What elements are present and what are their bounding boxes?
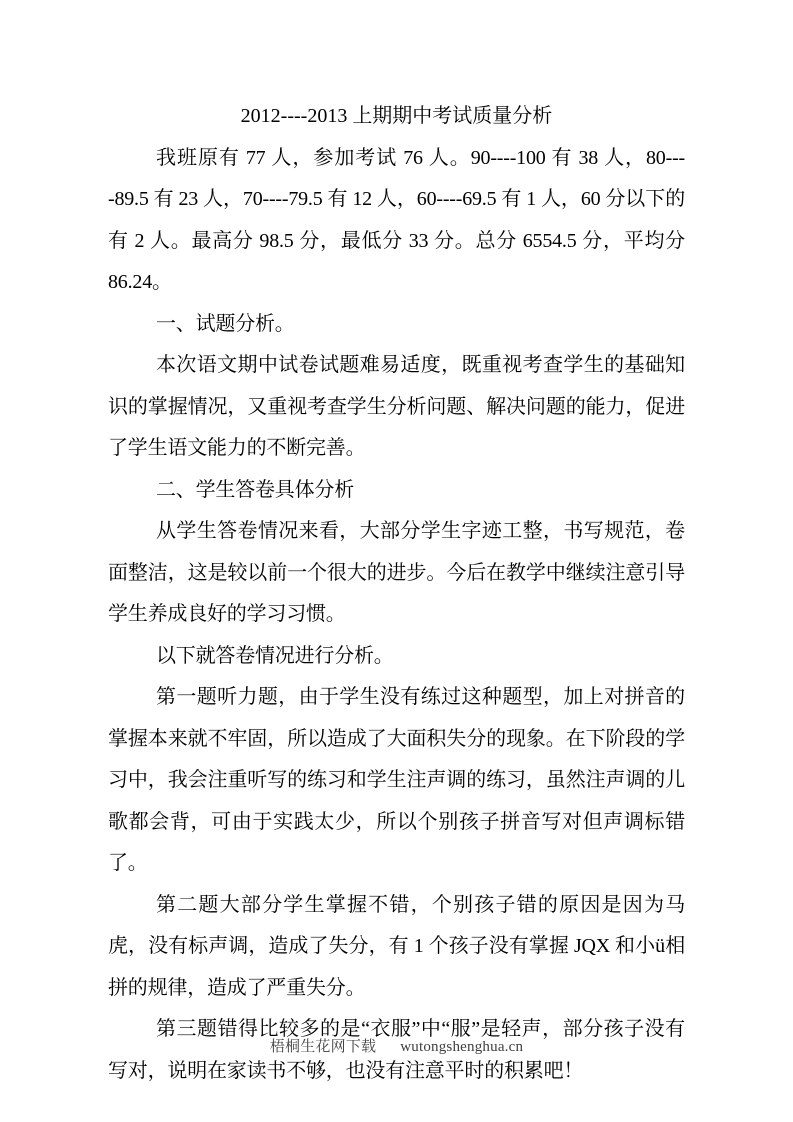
footer-site-url: wutongshenghua.cn (400, 1038, 523, 1056)
document-title: 2012----2013 上期期中考试质量分析 (108, 96, 685, 138)
document-content: 2012----2013 上期期中考试质量分析 我班原有 77 人，参加考试 7… (108, 96, 685, 1092)
paragraph-analysis-intro: 以下就答卷情况进行分析。 (108, 636, 685, 678)
paragraph-section-2-body: 从学生答卷情况来看，大部分学生字迹工整，书写规范，卷面整洁，这是较以前一个很大的… (108, 511, 685, 636)
page-footer: 梧桐生花网下载wutongshenghua.cn (0, 1038, 793, 1056)
paragraph-question-1: 第一题听力题，由于学生没有练过这种题型，加上对拼音的掌握本来就不牢固，所以造成了… (108, 677, 685, 885)
heading-section-1: 一、试题分析。 (108, 304, 685, 346)
document-page: 2012----2013 上期期中考试质量分析 我班原有 77 人，参加考试 7… (0, 0, 793, 1122)
heading-section-2: 二、学生答卷具体分析 (108, 470, 685, 512)
paragraph-section-1-body: 本次语文期中试卷试题难易适度，既重视考查学生的基础知识的掌握情况，又重视考查学生… (108, 345, 685, 470)
footer-site-name: 梧桐生花网下载 (270, 1039, 376, 1055)
paragraph-question-2: 第二题大部分学生掌握不错，个别孩子错的原因是因为马虎，没有标声调，造成了失分，有… (108, 885, 685, 1010)
paragraph-exam-stats: 我班原有 77 人，参加考试 76 人。90----100 有 38 人，80-… (108, 138, 685, 304)
